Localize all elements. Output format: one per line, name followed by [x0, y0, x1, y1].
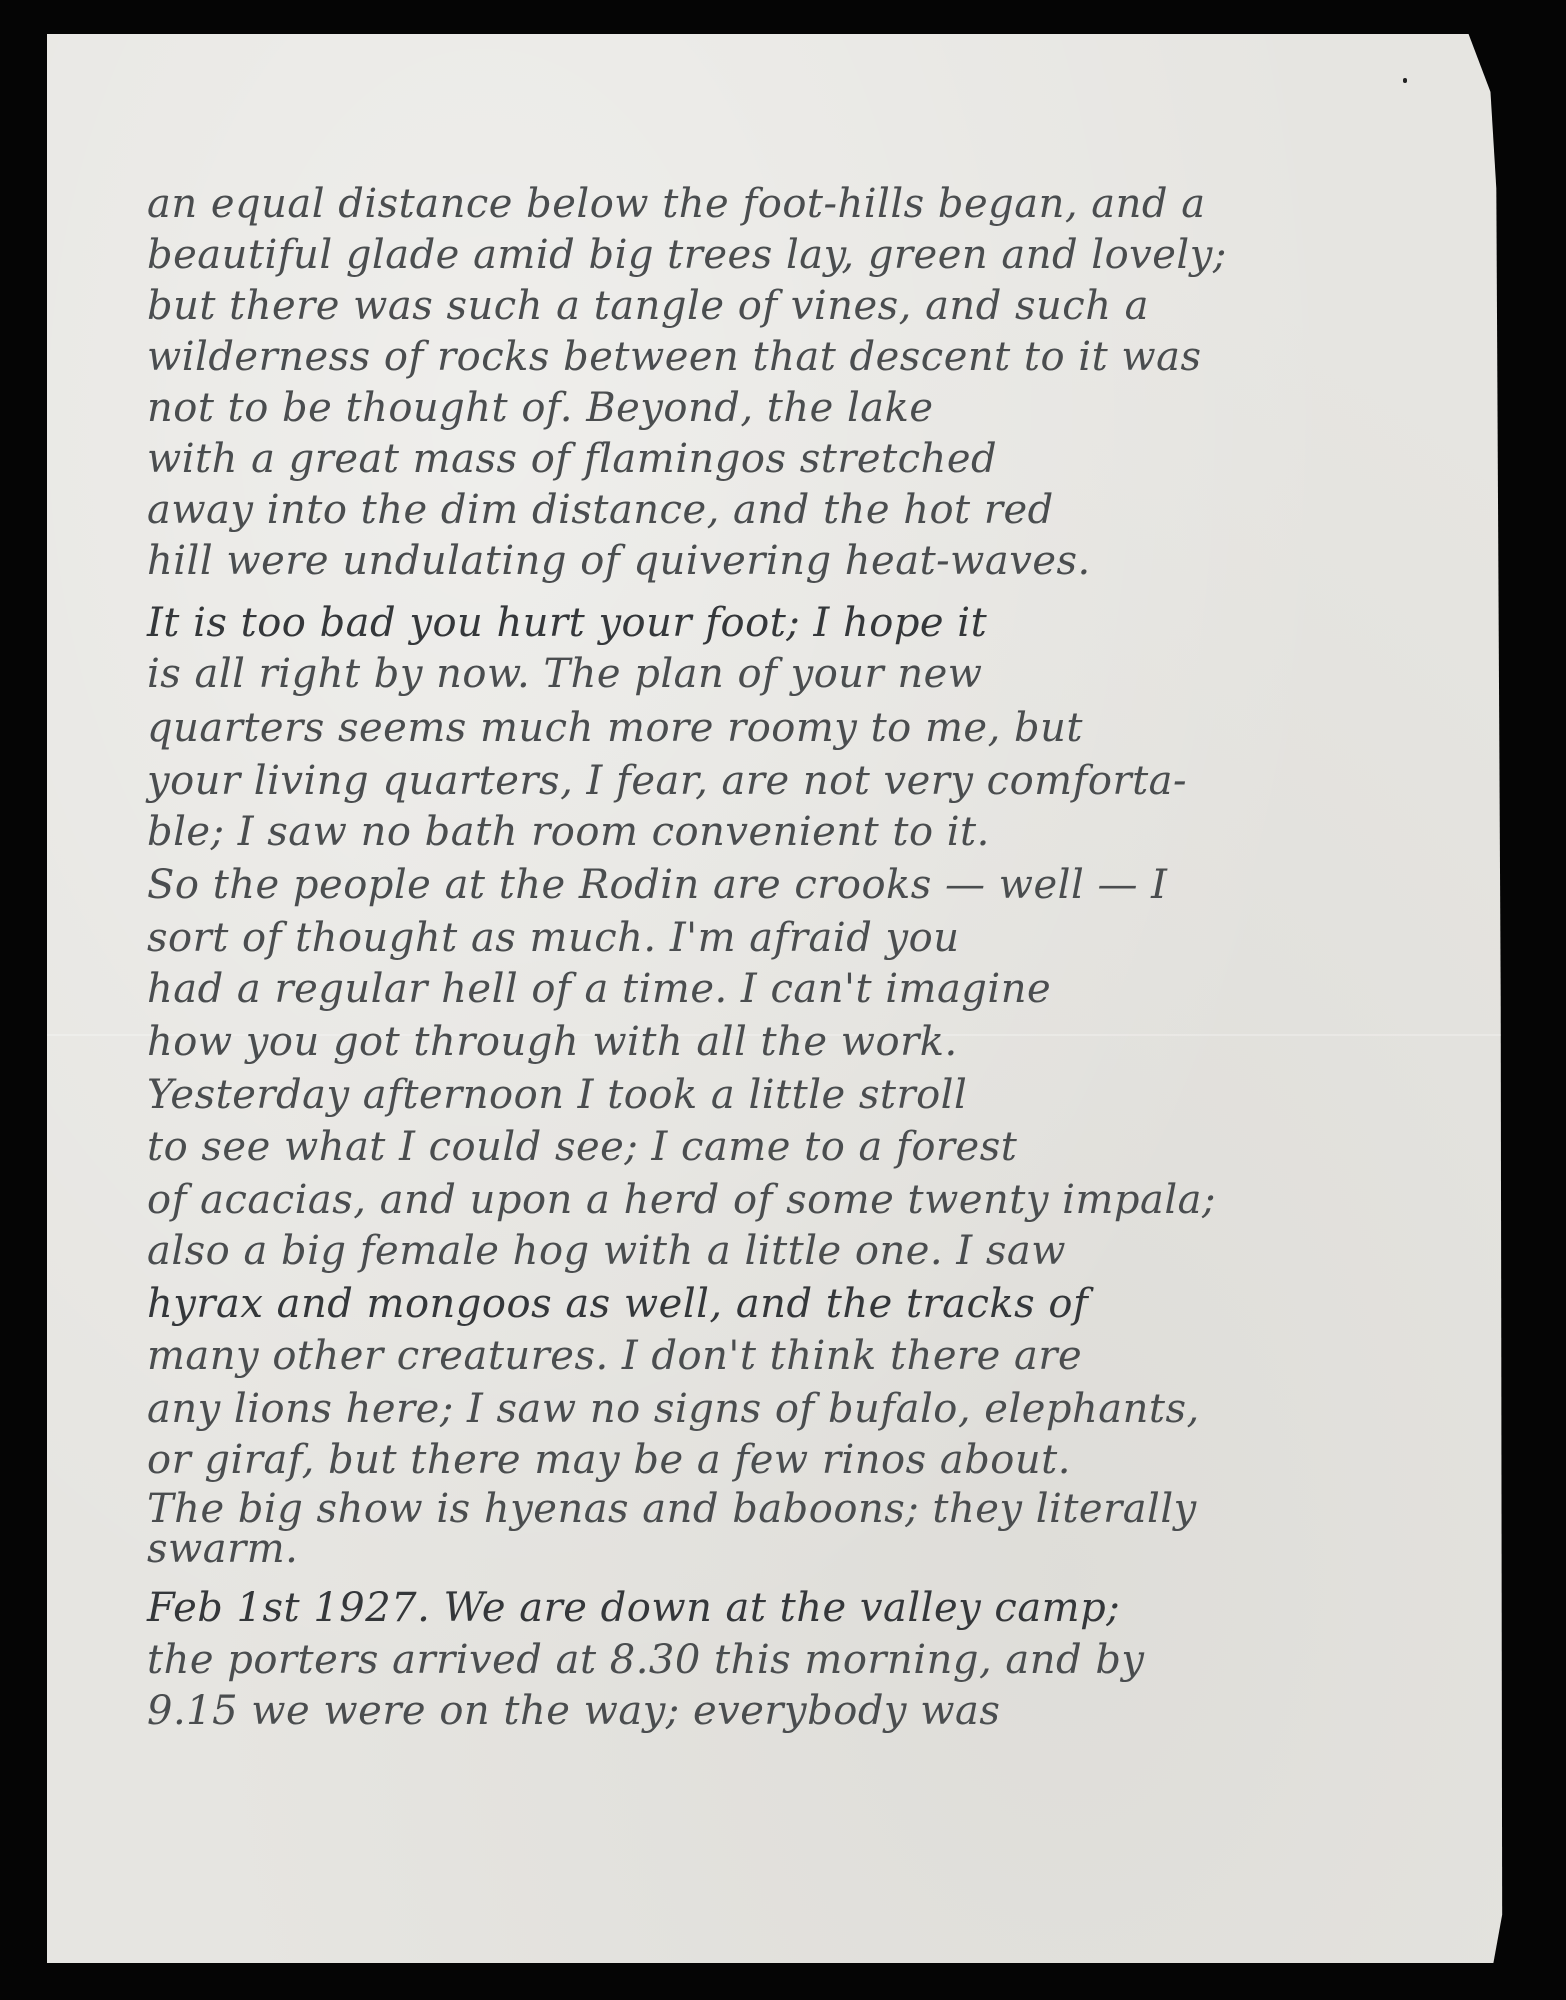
text-line: swarm. — [147, 1529, 298, 1569]
text-line: had a regular hell of a time. I can't im… — [147, 969, 1051, 1009]
text-line: any lions here; I saw no signs of bufalo… — [147, 1389, 1200, 1429]
text-line: ble; I saw no bath room convenient to it… — [147, 812, 990, 852]
letter-page: an equal distance below the foot-hills b… — [47, 34, 1508, 1963]
text-line: or giraf, but there may be a few rinos a… — [147, 1440, 1071, 1480]
text-line: hyrax and mongoos as well, and the track… — [147, 1284, 1088, 1324]
text-line: to see what I could see; I came to a for… — [147, 1127, 1017, 1167]
text-line: but there was such a tangle of vines, an… — [147, 286, 1149, 326]
text-line: Feb 1st 1927. We are down at the valley … — [147, 1588, 1120, 1628]
text-line: It is too bad you hurt your foot; I hope… — [147, 603, 987, 643]
text-line: beautiful glade amid big trees lay, gree… — [147, 235, 1227, 275]
text-line: not to be thought of. Beyond, the lake — [147, 388, 934, 428]
text-line: also a big female hog with a little one.… — [147, 1231, 1066, 1271]
text-line: So the people at the Rodin are crooks — … — [147, 865, 1167, 905]
text-line: away into the dim distance, and the hot … — [147, 490, 1054, 530]
text-line: your living quarters, I fear, are not ve… — [147, 761, 1187, 801]
text-line: 9.15 we were on the way; everybody was — [147, 1691, 1000, 1731]
text-line: wilderness of rocks between that descent… — [147, 337, 1202, 377]
text-line: of acacias, and upon a herd of some twen… — [147, 1180, 1216, 1220]
text-line: Yesterday afternoon I took a little stro… — [147, 1075, 967, 1115]
ink-speck — [1403, 78, 1407, 83]
text-line: hill were undulating of quivering heat-w… — [147, 541, 1091, 581]
text-line: with a great mass of flamingos stretched — [147, 439, 997, 479]
text-line: sort of thought as much. I'm afraid you — [147, 918, 959, 958]
text-line: quarters seems much more roomy to me, bu… — [147, 708, 1083, 748]
text-line: The big show is hyenas and baboons; they… — [147, 1489, 1197, 1529]
text-line: how you got through with all the work. — [147, 1022, 958, 1062]
text-line: many other creatures. I don't think ther… — [147, 1336, 1082, 1376]
text-line: the porters arrived at 8.30 this morning… — [147, 1640, 1145, 1680]
text-line: an equal distance below the foot-hills b… — [147, 184, 1206, 224]
text-line: is all right by now. The plan of your ne… — [147, 654, 983, 694]
